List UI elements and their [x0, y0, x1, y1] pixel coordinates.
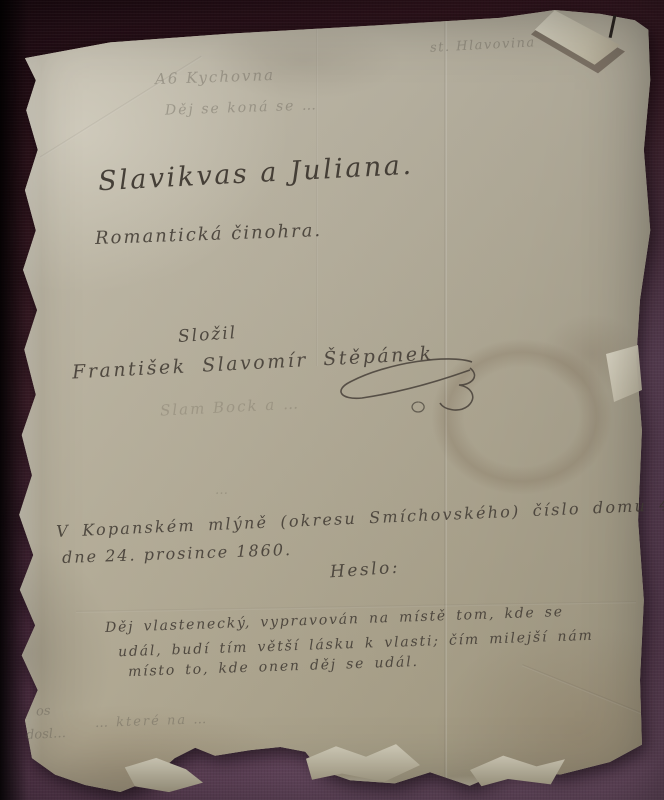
bottom-pencil-fragment-1: os — [35, 704, 51, 720]
diagonal-crease-bottom-right — [522, 664, 664, 730]
faint-smudge: … — [215, 483, 228, 498]
vertical-fold-crease-2 — [316, 26, 318, 366]
bottom-pencil-fragment-2: dosl… — [26, 726, 67, 743]
composed-label: Složil — [177, 323, 237, 347]
signature-flourish — [330, 352, 480, 418]
manuscript-photo: A6 Kychovna st. Hlavovina Děj se koná se… — [0, 0, 664, 800]
